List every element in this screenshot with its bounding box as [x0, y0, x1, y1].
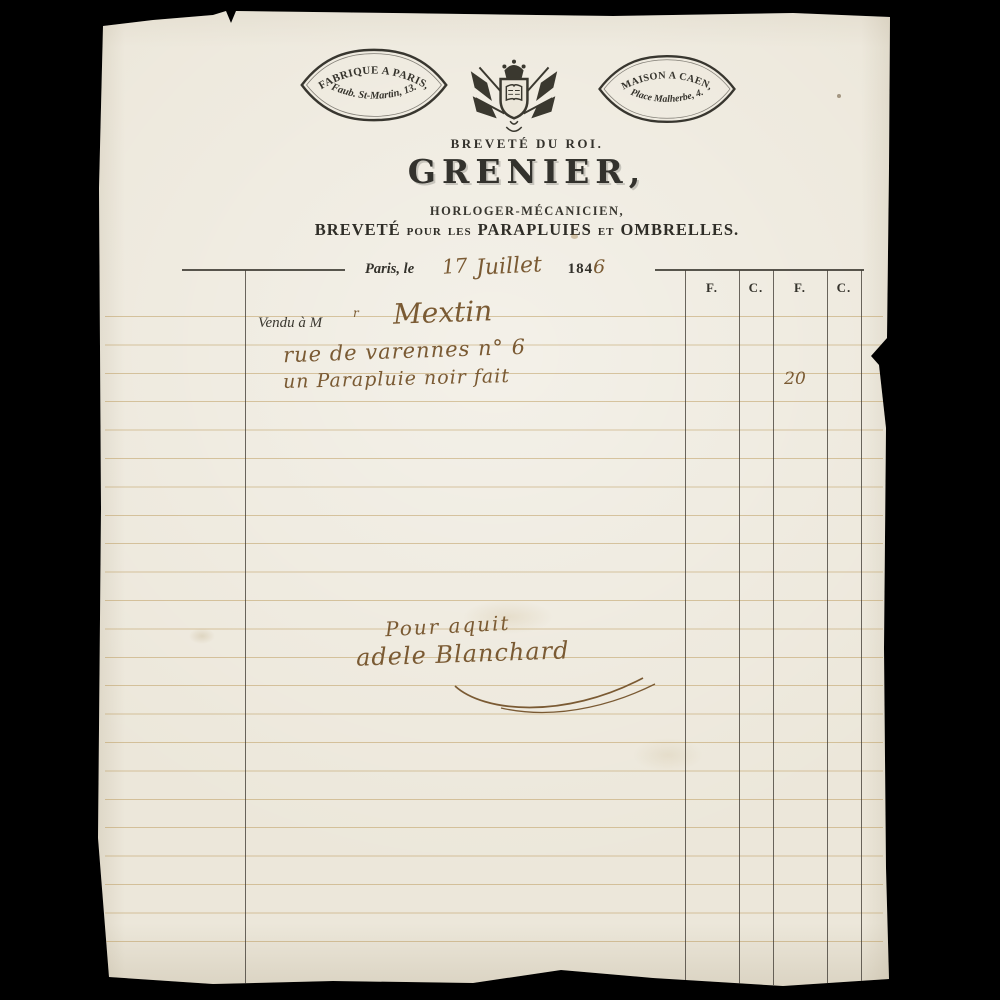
paper-stain: [571, 234, 578, 239]
profession-line: HORLOGER-MÉCANICIEN,: [227, 204, 827, 219]
column-header-centimes-1: C.: [739, 280, 773, 296]
badge-bottom-text: Place Malherbe, 4.: [629, 87, 705, 105]
tagline-word: OMBRELLES.: [621, 220, 740, 239]
tagline-word: ET: [598, 226, 615, 238]
printed-year: 184: [568, 261, 594, 277]
handwritten-amount-francs: 20: [765, 369, 825, 389]
right-address-badge: MAISON A CAEN, Place Malherbe, 4.: [596, 52, 738, 126]
column-header-francs-2: F.: [773, 280, 827, 296]
patent-tagline: BREVETÉPOURLESPARAPLUIESETOMBRELLES.: [227, 220, 827, 240]
badge-bottom-text: Faub. St-Martin, 13.: [329, 81, 418, 101]
tagline-word: POUR: [407, 226, 442, 238]
dateline: Paris, le17Juillet1846: [365, 254, 605, 279]
sold-to-printed-text: Vendu à M: [258, 315, 322, 331]
table-column-line: [861, 270, 862, 985]
paper-stain: [633, 738, 703, 772]
dateline-printed-prefix: Paris, le: [365, 261, 414, 277]
dateline-left-rule: [182, 269, 345, 271]
svg-text:Place Malherbe, 4.: Place Malherbe, 4.: [629, 87, 705, 105]
tagline-word: LES: [448, 226, 472, 238]
handwritten-day: 17: [441, 253, 468, 279]
table-left-column-line: [245, 270, 246, 985]
handwritten-month: Juillet: [475, 252, 542, 280]
sold-to-label: Vendu à M: [258, 315, 322, 332]
left-address-badge: FABRIQUE A PARIS, Faub. St-Martin, 13.: [298, 46, 450, 124]
handwritten-year-digit: 6: [593, 256, 605, 278]
paper-stain: [837, 94, 841, 98]
invoice-paper: FABRIQUE A PARIS, Faub. St-Martin, 13. M…: [93, 8, 893, 992]
table-column-line: [827, 270, 828, 985]
royal-patent-line: BREVETÉ DU ROI.: [227, 136, 827, 152]
signature-flourish: [443, 666, 663, 716]
handwritten-superscript: r: [353, 306, 359, 320]
svg-text:Faub. St-Martin, 13.: Faub. St-Martin, 13.: [329, 81, 418, 101]
column-header-centimes-2: C.: [827, 280, 861, 296]
merchant-name: GRENIER,: [227, 152, 827, 191]
paper-stain: [189, 628, 215, 644]
table-column-line: [739, 270, 740, 985]
table-column-line: [685, 270, 686, 985]
table-top-rule: [655, 269, 864, 271]
badge-border: [600, 56, 735, 122]
paper-stain: [463, 600, 553, 634]
handwritten-customer-name: Mextin: [392, 294, 492, 330]
column-header-francs-1: F.: [685, 280, 739, 296]
tagline-word: BREVETÉ: [315, 220, 401, 239]
